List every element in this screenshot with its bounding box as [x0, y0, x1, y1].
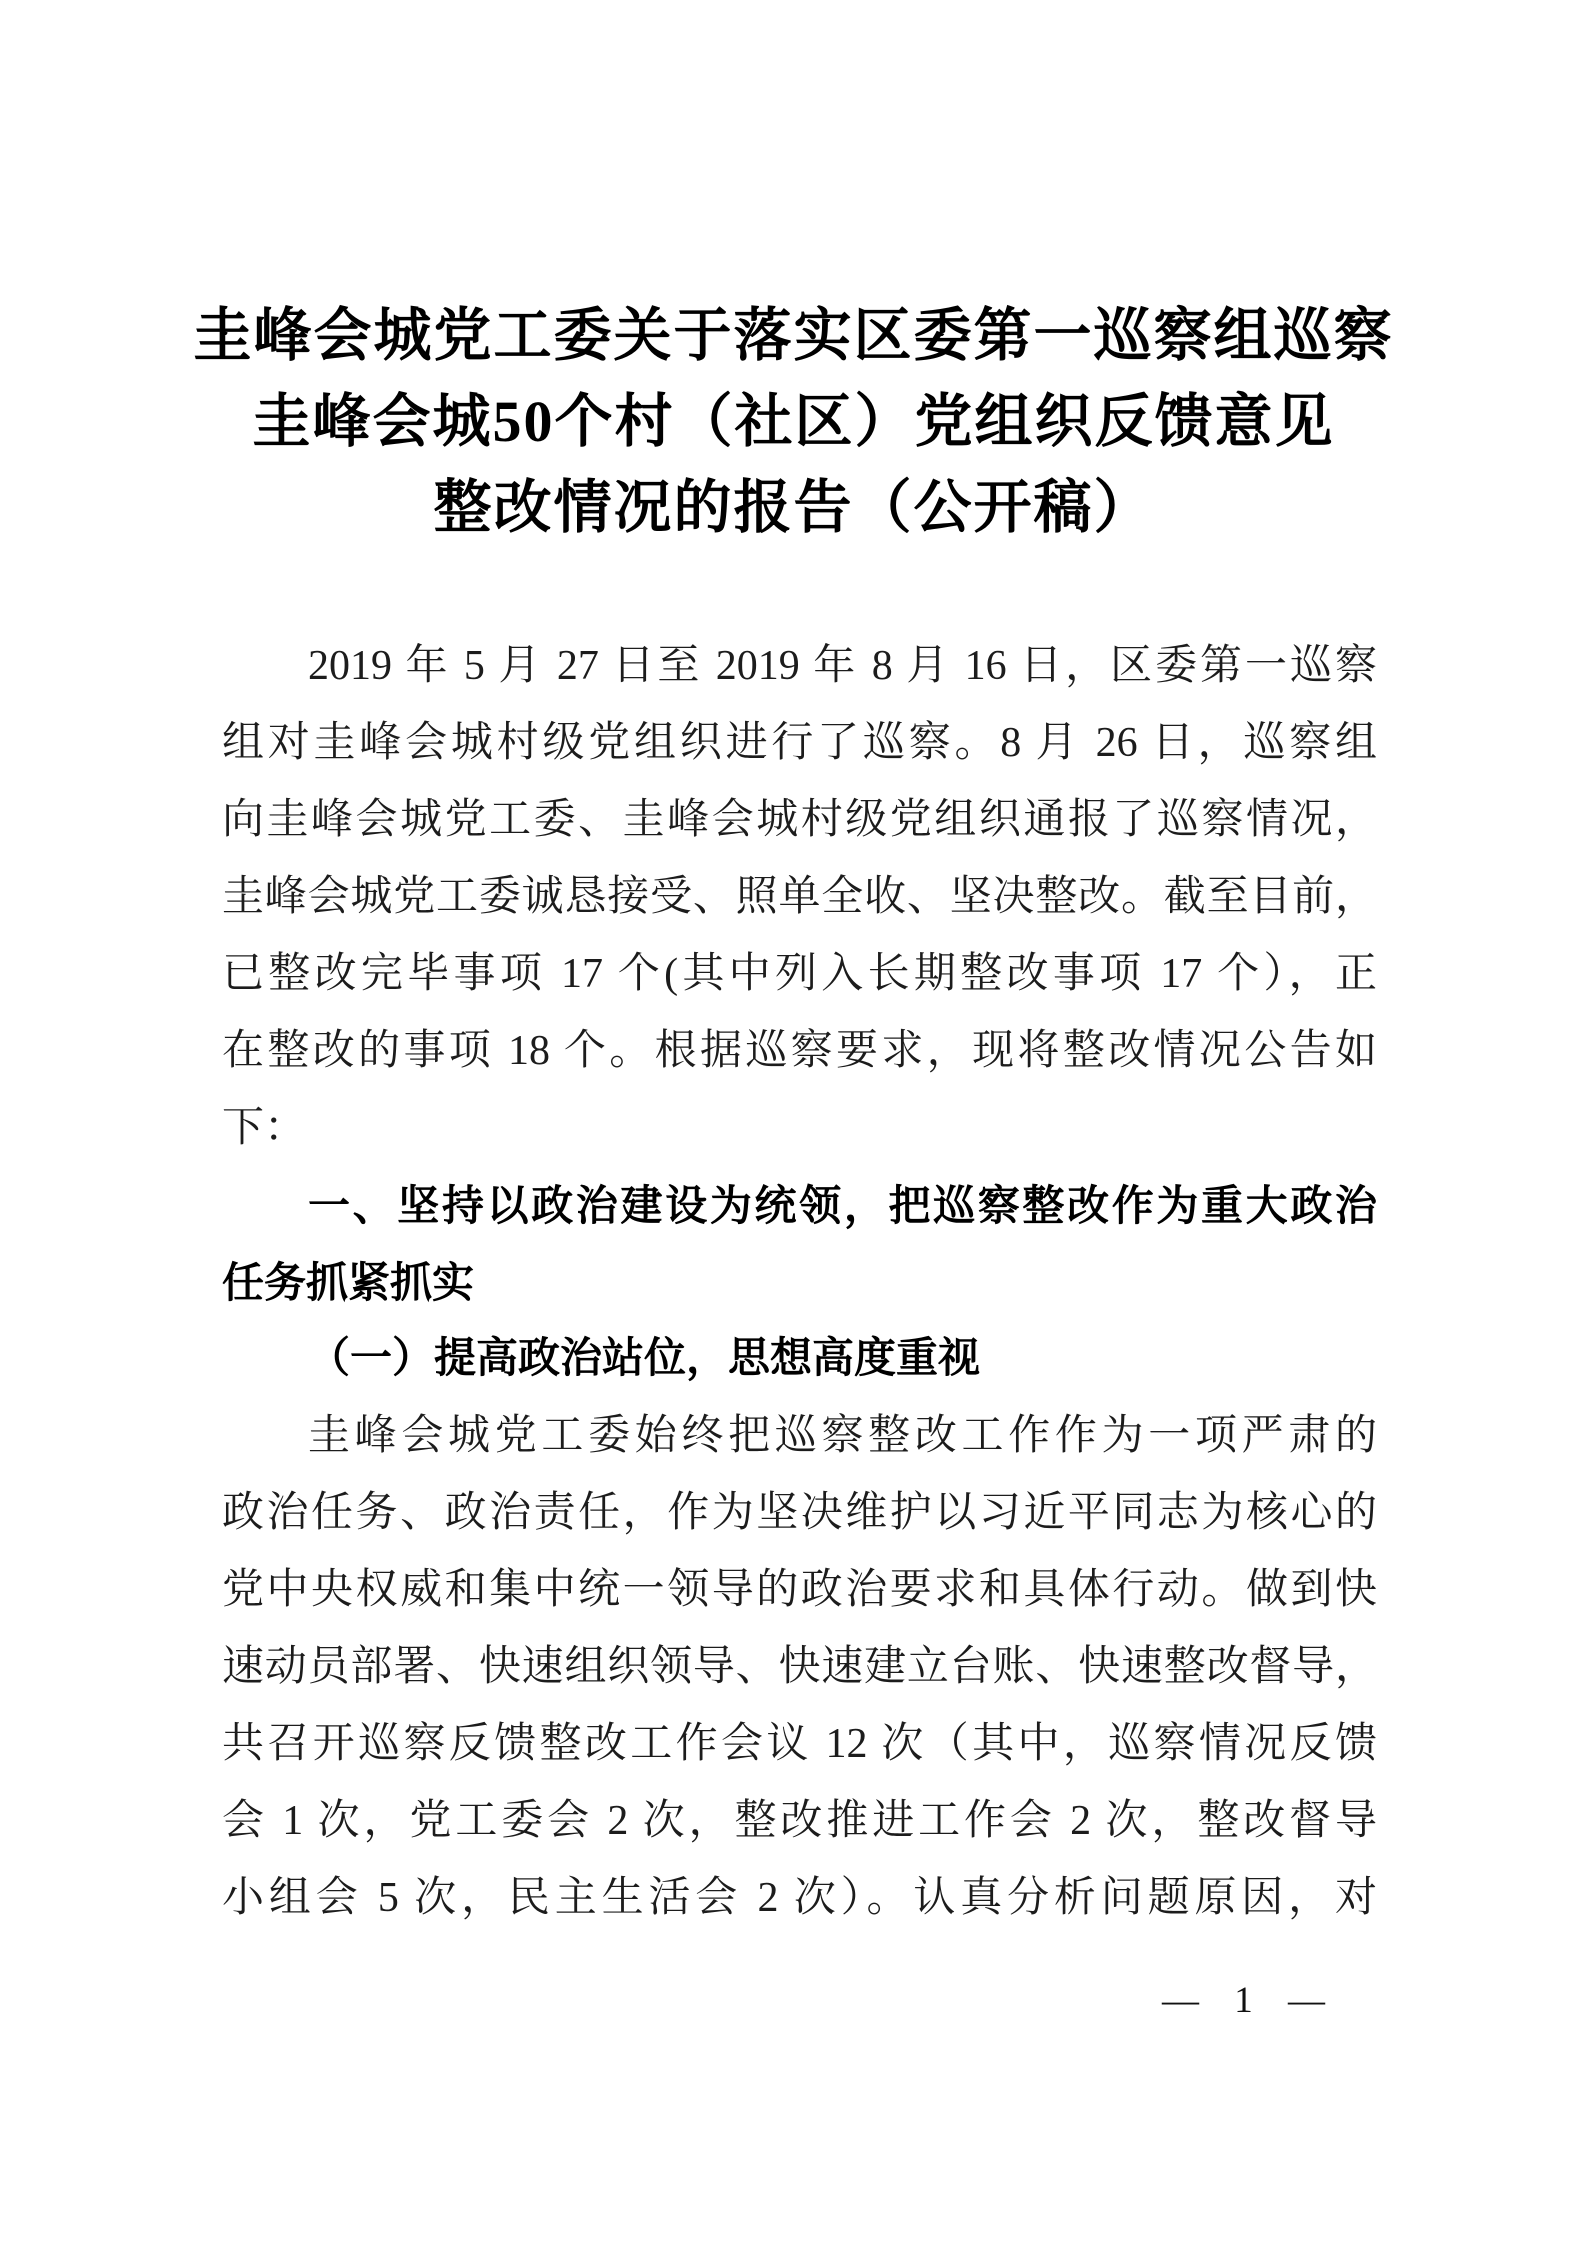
document-title: 圭峰会城党工委关于落实区委第一巡察组巡察 圭峰会城50个村（社区）党组织反馈意见…	[0, 293, 1587, 551]
paragraph-line: 会 1 次，党工委会 2 次，整改推进工作会 2 次，整改督导	[222, 1783, 1377, 1860]
subheading-line: （一）提高政治站位，思想高度重视	[222, 1321, 1377, 1398]
paragraph-line: 党中央权威和集中统一领导的政治要求和具体行动。做到快	[222, 1552, 1377, 1629]
paragraph-line: 在整改的事项 18 个。根据巡察要求，现将整改情况公告如	[222, 1013, 1377, 1090]
paragraph-line: 共召开巡察反馈整改工作会议 12 次（其中，巡察情况反馈	[222, 1706, 1377, 1783]
paragraph-line: 速动员部署、快速组织领导、快速建立台账、快速整改督导，	[222, 1629, 1377, 1706]
page-number: — 1 —	[1162, 1975, 1325, 2027]
paragraph-line: 已整改完毕事项 17 个(其中列入长期整改事项 17 个），正	[222, 936, 1377, 1013]
paragraph-line: 政治任务、政治责任，作为坚决维护以习近平同志为核心的	[222, 1475, 1377, 1552]
paragraph-line: 圭峰会城党工委诚恳接受、照单全收、坚决整改。截至目前，	[222, 859, 1377, 936]
title-line-2: 圭峰会城50个村（社区）党组织反馈意见	[0, 379, 1587, 465]
paragraph-line: 小组会 5 次，民主生活会 2 次）。认真分析问题原因，对	[222, 1860, 1377, 1937]
title-line-1: 圭峰会城党工委关于落实区委第一巡察组巡察	[0, 293, 1587, 379]
paragraph-line: 组对圭峰会城村级党组织进行了巡察。8 月 26 日，巡察组	[222, 705, 1377, 782]
paragraph-line: 向圭峰会城党工委、圭峰会城村级党组织通报了巡察情况，	[222, 782, 1377, 859]
heading-line: 一、坚持以政治建设为统领，把巡察整改作为重大政治	[222, 1167, 1377, 1244]
paragraph-line: 圭峰会城党工委始终把巡察整改工作作为一项严肃的	[222, 1398, 1377, 1475]
paragraph-line: 下：	[222, 1090, 1377, 1167]
paragraph-line: 2019 年 5 月 27 日至 2019 年 8 月 16 日，区委第一巡察	[222, 628, 1377, 705]
heading-line: 任务抓紧抓实	[222, 1244, 1377, 1321]
title-line-3: 整改情况的报告（公开稿）	[0, 465, 1587, 551]
document-body: 2019 年 5 月 27 日至 2019 年 8 月 16 日，区委第一巡察组…	[222, 628, 1377, 1937]
document-page: 圭峰会城党工委关于落实区委第一巡察组巡察 圭峰会城50个村（社区）党组织反馈意见…	[0, 0, 1587, 2245]
